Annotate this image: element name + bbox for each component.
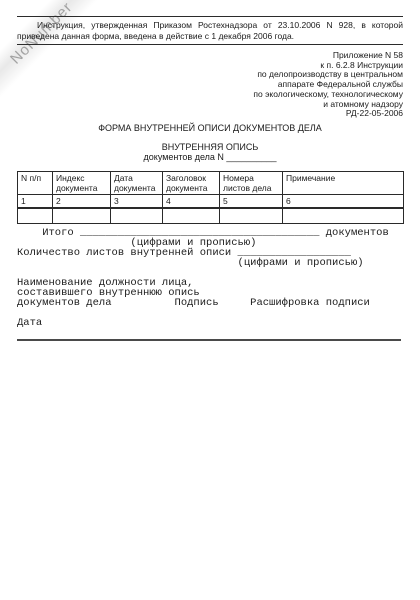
table-column-number: 1 xyxy=(18,195,53,209)
totals-caption-words: (цифрами и прописью) xyxy=(17,258,413,268)
table-column-number: 4 xyxy=(163,195,220,209)
table-empty-cell xyxy=(53,208,111,223)
table-header-cell: Дата документа xyxy=(111,172,163,195)
table-empty-cell xyxy=(163,208,220,223)
bottom-divider xyxy=(17,339,401,341)
instruction-note-line-1: Инструкция, утвержденная Приказом Ростех… xyxy=(17,20,403,31)
table-empty-row xyxy=(18,208,404,223)
inventory-title: ВНУТРЕННЯЯ ОПИСЬ xyxy=(17,142,403,152)
table-empty-cell xyxy=(283,208,404,223)
documents-table: N п/п Индекс документа Дата документа За… xyxy=(17,171,404,224)
table-header-cell: Заголовок документа xyxy=(163,172,220,195)
table-column-number: 6 xyxy=(283,195,404,209)
table-column-number: 2 xyxy=(53,195,111,209)
date-label: Дата xyxy=(17,318,413,328)
table-empty-cell xyxy=(220,208,283,223)
table-header-cell: Примечание xyxy=(283,172,404,195)
appendix-line: РД-22-05-2006 xyxy=(143,109,403,119)
table-header-cell: N п/п xyxy=(18,172,53,195)
instruction-note-line-2: приведена данная форма, введена в действ… xyxy=(17,31,403,42)
form-title: ФОРМА ВНУТРЕННЕЙ ОПИСИ ДОКУМЕНТОВ ДЕЛА xyxy=(17,123,403,133)
table-header-cell: Номера листов дела xyxy=(220,172,283,195)
table-column-number-row: 1 2 3 4 5 6 xyxy=(18,195,404,209)
table-empty-cell xyxy=(111,208,163,223)
inventory-subtitle: документов дела N __________ xyxy=(17,152,403,162)
signature-labels-line: документов дела Подпись Расшифровка подп… xyxy=(17,298,413,308)
document-page: NoNumber Инструкция, утвержденная Приказ… xyxy=(0,0,420,600)
appendix-block: Приложение N 58 к п. 6.2.8 Инструкции по… xyxy=(143,51,403,119)
table-header-cell: Индекс документа xyxy=(53,172,111,195)
table-column-number: 3 xyxy=(111,195,163,209)
blank-line xyxy=(17,308,413,318)
instruction-note: Инструкция, утвержденная Приказом Ростех… xyxy=(17,16,403,45)
table-empty-cell xyxy=(18,208,53,223)
table-column-number: 5 xyxy=(220,195,283,209)
table-header-row: N п/п Индекс документа Дата документа За… xyxy=(18,172,404,195)
totals-signature-block: Итого __________________________________… xyxy=(17,228,413,328)
